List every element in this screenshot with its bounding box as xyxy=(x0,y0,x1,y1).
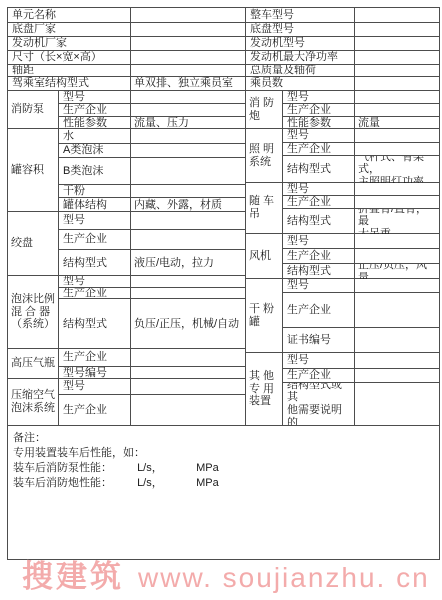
perf-unit-ls: L/s， xyxy=(137,461,193,476)
group-title: 随 车 吊 xyxy=(246,183,283,233)
field-label: 生产企业 xyxy=(59,104,131,116)
perf-unit-ls: L/s， xyxy=(137,476,193,491)
group-title: 消防泵 xyxy=(8,91,59,128)
field-value xyxy=(131,129,245,143)
table-row: 发动机最大净功率 xyxy=(246,51,439,65)
field-label: 生产企业 xyxy=(283,293,355,327)
field-label: 生产企业 xyxy=(283,369,355,382)
field-value xyxy=(131,144,245,157)
field-value xyxy=(355,51,439,64)
field-value xyxy=(355,91,439,103)
group-body: 型号 生产企业 结构型式 气杆式、臂架式， 主照明灯功率 xyxy=(283,129,439,182)
table-row: 驾乘室结构型式 单双排、独立乘员室 xyxy=(8,77,245,91)
table-right-half: 整车型号 底盘型号 发动机型号 发动机最大净功率 总质量及轴荷 乘员数 xyxy=(246,8,439,425)
field-label: 生产企业 xyxy=(59,395,131,425)
table-row: 尺寸（长×宽×高） xyxy=(8,51,245,65)
field-value xyxy=(355,353,439,368)
field-label: 罐体结构 xyxy=(59,198,131,212)
table-row: 发动机型号 xyxy=(246,37,439,51)
table-row: 证书编号 xyxy=(283,328,439,353)
field-value xyxy=(131,288,245,298)
field-value xyxy=(355,143,439,155)
field-value xyxy=(355,249,439,263)
remarks-subtitle: 专用装置装车后性能，如： xyxy=(13,446,434,461)
field-value xyxy=(131,367,245,379)
field-value xyxy=(131,37,245,50)
table-row: 结构型式 液压/电动，拉力 xyxy=(59,250,245,276)
field-label: 型号 xyxy=(283,183,355,195)
table-row: 型号 xyxy=(59,276,245,288)
field-value xyxy=(355,183,439,195)
field-value xyxy=(355,196,439,208)
table-row: 生产企业 xyxy=(283,104,439,117)
remarks-section: 备注： 专用装置装车后性能，如： 装车后消防泵性能： L/s， MPa 装车后消… xyxy=(8,425,439,559)
field-label: 证书编号 xyxy=(283,328,355,353)
group-title: 消 防 炮 xyxy=(246,91,283,128)
table-row: 底盘型号 xyxy=(246,23,439,37)
table-row: 轴距 xyxy=(8,65,245,77)
field-value xyxy=(355,383,439,425)
field-value xyxy=(131,379,245,394)
table-row: A类泡沫 xyxy=(59,144,245,158)
field-value xyxy=(131,185,245,197)
field-label: 底盘型号 xyxy=(246,23,355,36)
group-body: 型号 生产企业 结构型式 折叠臂/直臂，最 大吊重 xyxy=(283,183,439,233)
field-value xyxy=(131,23,245,36)
table-row: 发动机厂家 xyxy=(8,37,245,51)
table-row: 性能参数 流量 xyxy=(283,117,439,129)
field-label: 发动机型号 xyxy=(246,37,355,50)
table-row: 整车型号 xyxy=(246,8,439,23)
field-label: 驾乘室结构型式 xyxy=(8,77,131,90)
field-label: 底盘厂家 xyxy=(8,23,131,36)
table-row: 生产企业 xyxy=(59,104,245,117)
group-body: 型号 生产企业 证书编号 xyxy=(283,279,439,352)
group-title: 绞盘 xyxy=(8,212,59,275)
field-label: 型号 xyxy=(283,279,355,292)
group-body: 型号 生产企业 性能参数 流量 xyxy=(283,91,439,128)
group-body: 型号 生产企业 结构型式 正压/负压，风量 xyxy=(283,234,439,278)
field-value: 内藏、外露，材质 xyxy=(131,198,245,212)
field-label: 型号 xyxy=(283,91,355,103)
group-truck-crane: 随 车 吊 型号 生产企业 结构型式 折叠臂/直臂，最 大吊重 xyxy=(246,183,439,234)
group-body: 型号 生产企业 性能参数 流量、压力 xyxy=(59,91,245,128)
table-row: 型号 xyxy=(283,279,439,293)
table-row: 结构型式 气杆式、臂架式， 主照明灯功率 xyxy=(283,156,439,183)
table-row: 生产企业 xyxy=(283,293,439,328)
field-value xyxy=(355,129,439,142)
group-title: 泡沫比例 混 合 器 （系统） xyxy=(8,276,59,348)
group-body: 型号 生产企业 xyxy=(59,379,245,425)
group-title: 干 粉 罐 xyxy=(246,279,283,352)
table-row: 型号 xyxy=(283,183,439,196)
field-value: 流量 xyxy=(355,117,439,129)
field-label: 生产企业 xyxy=(283,104,355,116)
group-lighting-system: 照 明 系统 型号 生产企业 结构型式 气杆式、臂架式， 主照明灯功率 xyxy=(246,129,439,183)
field-value xyxy=(355,328,439,353)
table-row: 生产企业 xyxy=(59,349,245,367)
field-value xyxy=(355,65,439,76)
field-value: 液压/电动，拉力 xyxy=(131,250,245,276)
perf-unit-mpa: MPa xyxy=(196,477,219,489)
field-label: 生产企业 xyxy=(59,230,131,249)
table-row: 结构型式 负压/正压，机械/自动 xyxy=(59,299,245,349)
table-row: 型号 xyxy=(59,212,245,230)
group-title: 其 他 专 用 装置 xyxy=(246,353,283,425)
perf-label: 装车后消防泵性能： xyxy=(13,461,134,476)
table-row: 型号编号 xyxy=(59,367,245,379)
table-row: 总质量及轴荷 xyxy=(246,65,439,77)
field-label: 单元名称 xyxy=(8,8,131,22)
field-label: 型号 xyxy=(283,234,355,248)
field-label: 生产企业 xyxy=(283,249,355,263)
field-label: 型号编号 xyxy=(59,367,131,379)
field-label: 结构型式 xyxy=(283,156,355,183)
remarks-title: 备注： xyxy=(13,431,434,446)
group-fire-monitor: 消 防 炮 型号 生产企业 性能参数 流量 xyxy=(246,91,439,129)
field-label: 发动机厂家 xyxy=(8,37,131,50)
field-label: 型号 xyxy=(283,129,355,142)
field-label: B类泡沫 xyxy=(59,158,131,184)
table-row: 底盘厂家 xyxy=(8,23,245,37)
field-label: 整车型号 xyxy=(246,8,355,22)
table-row: 生产企业 xyxy=(283,249,439,264)
group-foam-proportioner: 泡沫比例 混 合 器 （系统） 型号 生产企业 结构型式 负压/正压，机械/自动 xyxy=(8,276,245,349)
group-title: 照 明 系统 xyxy=(246,129,283,182)
field-value xyxy=(355,293,439,327)
group-body: 型号 生产企业 结构型式 负压/正压，机械/自动 xyxy=(59,276,245,348)
table-row: 罐体结构 内藏、外露，材质 xyxy=(59,198,245,212)
remarks-performance-line: 装车后消防泵性能： L/s， MPa xyxy=(13,461,434,476)
field-label: 轴距 xyxy=(8,65,131,76)
field-value xyxy=(355,369,439,382)
group-winch: 绞盘 型号 生产企业 结构型式 液压/电动，拉力 xyxy=(8,212,245,276)
group-dry-powder-tank: 干 粉 罐 型号 生产企业 证书编号 xyxy=(246,279,439,353)
field-label: 生产企业 xyxy=(59,288,131,298)
group-fire-pump: 消防泵 型号 生产企业 性能参数 流量、压力 xyxy=(8,91,245,129)
field-label: 结构型式或其 他需要说明的 xyxy=(283,383,355,425)
table-row: 型号 xyxy=(283,234,439,249)
field-label: 干粉 xyxy=(59,185,131,197)
table-row: 干粉 xyxy=(59,185,245,198)
field-value xyxy=(355,37,439,50)
field-value xyxy=(355,77,439,90)
table-row: 生产企业 xyxy=(59,395,245,425)
table-row: 生产企业 xyxy=(283,196,439,209)
table-row: 结构型式或其 他需要说明的 xyxy=(283,383,439,425)
group-hp-gas-cylinder: 高压气瓶 生产企业 型号编号 xyxy=(8,349,245,379)
table-row: B类泡沫 xyxy=(59,158,245,185)
field-value xyxy=(131,104,245,116)
group-body: 型号 生产企业 结构型式或其 他需要说明的 xyxy=(283,353,439,425)
group-other-special-devices: 其 他 专 用 装置 型号 生产企业 结构型式或其 他需要说明的 xyxy=(246,353,439,425)
field-label: 结构型式 xyxy=(59,299,131,349)
field-label: 生产企业 xyxy=(283,196,355,208)
group-body: 生产企业 型号编号 xyxy=(59,349,245,378)
field-value: 正压/负压，风量 xyxy=(355,264,439,279)
table-row: 结构型式 折叠臂/直臂，最 大吊重 xyxy=(283,209,439,234)
group-title: 高压气瓶 xyxy=(8,349,59,378)
table-row: 水 xyxy=(59,129,245,144)
table-row: 乘员数 xyxy=(246,77,439,91)
field-value: 单双排、独立乘员室 xyxy=(131,77,245,90)
table-row: 型号 xyxy=(283,353,439,369)
table-row: 结构型式 正压/负压，风量 xyxy=(283,264,439,279)
field-value xyxy=(355,279,439,292)
field-value: 气杆式、臂架式， 主照明灯功率 xyxy=(355,156,439,183)
field-label: 生产企业 xyxy=(59,349,131,366)
field-value xyxy=(131,91,245,103)
field-value xyxy=(131,158,245,184)
table-row: 型号 xyxy=(283,129,439,143)
field-label: 生产企业 xyxy=(283,143,355,155)
spec-form-page: 单元名称 底盘厂家 发动机厂家 尺寸（长×宽×高） 轴距 驾乘室结构型式 xyxy=(0,0,442,600)
field-value: 负压/正压，机械/自动 xyxy=(131,299,245,349)
group-body: 水 A类泡沫 B类泡沫 干粉 xyxy=(59,129,245,211)
perf-unit-mpa: MPa xyxy=(196,462,219,474)
field-value: 流量、压力 xyxy=(131,117,245,129)
group-cafs: 压缩空气 泡沫系统 型号 生产企业 xyxy=(8,379,245,425)
table-row: 性能参数 流量、压力 xyxy=(59,117,245,129)
field-label: 性能参数 xyxy=(283,117,355,129)
group-title: 罐容积 xyxy=(8,129,59,211)
field-value xyxy=(355,104,439,116)
field-label: 水 xyxy=(59,129,131,143)
field-label: 乘员数 xyxy=(246,77,355,90)
field-value xyxy=(131,276,245,287)
field-value: 折叠臂/直臂，最 大吊重 xyxy=(355,209,439,234)
table-row: 型号 xyxy=(283,91,439,104)
field-value xyxy=(131,230,245,249)
table-left-half: 单元名称 底盘厂家 发动机厂家 尺寸（长×宽×高） 轴距 驾乘室结构型式 xyxy=(8,8,246,425)
perf-label: 装车后消防炮性能： xyxy=(13,476,134,491)
vehicle-spec-table: 单元名称 底盘厂家 发动机厂家 尺寸（长×宽×高） 轴距 驾乘室结构型式 xyxy=(7,7,440,560)
field-value xyxy=(131,65,245,76)
field-label: A类泡沫 xyxy=(59,144,131,157)
field-label: 结构型式 xyxy=(283,209,355,234)
field-value xyxy=(131,212,245,229)
field-label: 型号 xyxy=(59,276,131,287)
field-value xyxy=(131,349,245,366)
table-row: 型号 xyxy=(59,91,245,104)
table-row: 生产企业 xyxy=(283,369,439,383)
group-title: 压缩空气 泡沫系统 xyxy=(8,379,59,425)
watermark-url: www. soujianzhu. cn xyxy=(138,562,430,594)
field-label: 型号 xyxy=(283,353,355,368)
field-label: 型号 xyxy=(59,91,131,103)
field-value xyxy=(131,395,245,425)
group-title: 风机 xyxy=(246,234,283,278)
table-row: 生产企业 xyxy=(59,288,245,299)
field-value xyxy=(355,234,439,248)
field-value xyxy=(355,23,439,36)
group-body: 型号 生产企业 结构型式 液压/电动，拉力 xyxy=(59,212,245,275)
table-row: 单元名称 xyxy=(8,8,245,23)
group-tank-volume: 罐容积 水 A类泡沫 B类泡沫 干粉 xyxy=(8,129,245,212)
field-label: 尺寸（长×宽×高） xyxy=(8,51,131,64)
field-label: 结构型式 xyxy=(59,250,131,276)
table-row: 生产企业 xyxy=(59,230,245,250)
field-value xyxy=(131,8,245,22)
table-row: 型号 xyxy=(59,379,245,395)
field-label: 发动机最大净功率 xyxy=(246,51,355,64)
table-row: 生产企业 xyxy=(283,143,439,156)
remarks-performance-line: 装车后消防炮性能： L/s， MPa xyxy=(13,476,434,491)
field-value xyxy=(131,51,245,64)
field-label: 型号 xyxy=(59,379,131,394)
field-label: 型号 xyxy=(59,212,131,229)
field-value xyxy=(355,8,439,22)
group-fan: 风机 型号 生产企业 结构型式 正压/负压，风量 xyxy=(246,234,439,279)
field-label: 总质量及轴荷 xyxy=(246,65,355,76)
field-label: 性能参数 xyxy=(59,117,131,129)
field-label: 结构型式 xyxy=(283,264,355,279)
